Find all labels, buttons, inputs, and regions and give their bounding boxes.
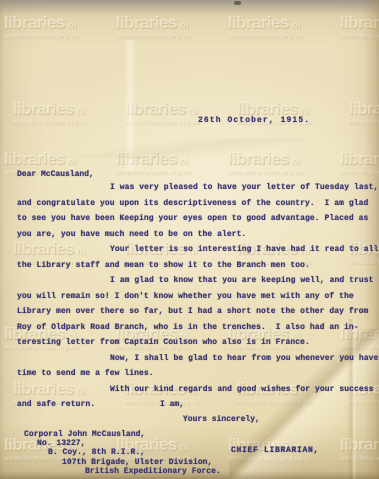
letter-body-line: you are, you have much need to be on the… <box>17 230 377 246</box>
recipient-address-block: Corporal John McCausland,No. 13227,B. Co… <box>24 430 221 476</box>
letter-body-line: and safe return. <box>17 400 377 416</box>
letter-body-line: to see you have been Keeping your eyes o… <box>17 214 377 230</box>
recipient-address-line: B. Coy., 8th R.I.R., <box>48 448 221 457</box>
recipient-address-line: British Expeditionary Force. <box>85 467 221 476</box>
recipient-address-line: Corporal John McCausland, <box>24 430 221 439</box>
letter-body-line: Roy of Oldpark Road Branch, who is in th… <box>17 323 377 339</box>
letter-body-line: you will remain so! I don't know whether… <box>17 292 377 308</box>
letter-body: I was very pleased to have your letter o… <box>17 183 377 416</box>
letter-content: 26th October, 1915. Dear McCausland, I w… <box>0 0 379 479</box>
salutation: Dear McCausland, <box>17 170 94 179</box>
scanned-letter-page: librariesniwww.librariesni.org.uklibrari… <box>0 0 379 479</box>
letter-body-line: and congratulate you upon its descriptiv… <box>17 199 377 215</box>
closing-yours-sincerely: Yours sincerely, <box>183 415 260 424</box>
letter-date: 26th October, 1915. <box>198 116 310 125</box>
letter-body-line: Library men over there so far, but I had… <box>17 307 377 323</box>
letter-body-line: time to send me a few lines. <box>17 369 377 385</box>
letter-body-line: I was very pleased to have your letter o… <box>17 183 377 199</box>
letter-body-line: Now, I shall be glad to hear from you wh… <box>17 354 377 370</box>
recipient-address-line: No. 13227, <box>37 439 221 448</box>
letter-body-line: I am glad to know that you are keeping w… <box>17 276 377 292</box>
sender-title-chief-librarian: CHIEF LIBRARIAN, <box>231 446 319 455</box>
letter-body-line: teresting letter from Captain Coulson wh… <box>17 338 377 354</box>
letter-body-line: Your letter is so interesting I have had… <box>17 245 377 261</box>
letter-body-line: With our kind regards and good wishes fo… <box>17 385 377 401</box>
letter-body-line: the Library staff and mean to show it to… <box>17 261 377 277</box>
closing-i-am: I am, <box>160 400 184 409</box>
recipient-address-line: 107th Brigade, Ulster Division, <box>62 458 221 467</box>
